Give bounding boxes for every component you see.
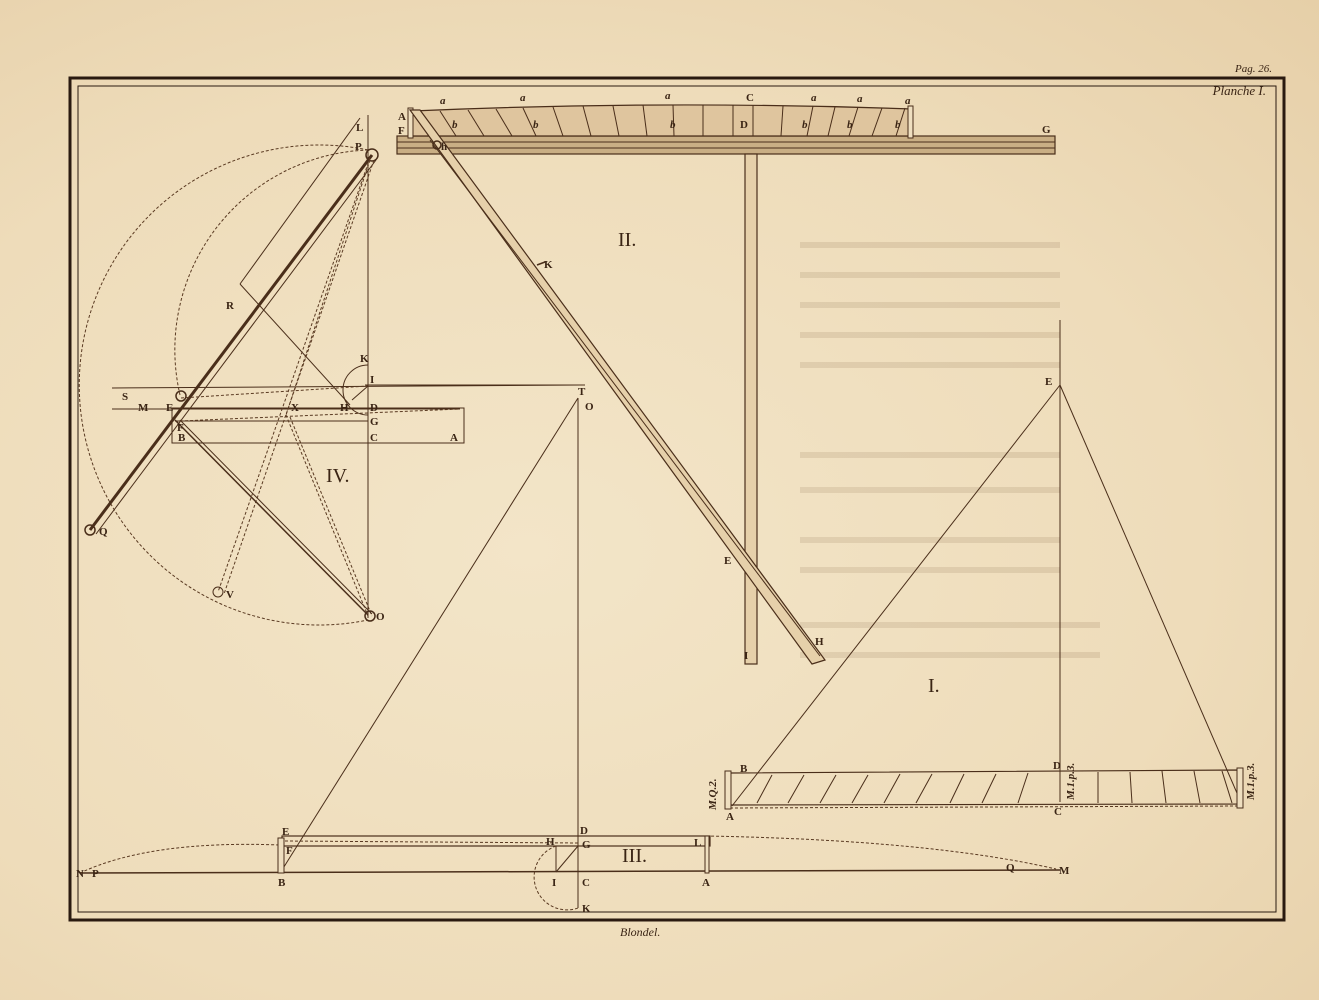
- fig2-label-a: a: [811, 92, 817, 104]
- fig3-label-G: G: [582, 839, 591, 851]
- fig1-note-left: M.Q.2.: [707, 779, 719, 811]
- engraved-plate: Pag. 26. Planche I. Blondel.: [0, 0, 1319, 1000]
- fig4-label-C: C: [370, 432, 378, 444]
- fig1-note-right: M.1.p.3.: [1245, 763, 1257, 801]
- fig2-label-a: a: [905, 95, 911, 107]
- fig4-label-V: V: [226, 589, 234, 601]
- figure-iv: L P R K I S M E H D X G F B C A Q V O IV…: [79, 115, 580, 625]
- fig3-label-C: C: [582, 877, 590, 889]
- plate-drawing: Pag. 26. Planche I. Blondel.: [0, 0, 1319, 1000]
- fig2-label-b: b: [452, 119, 458, 131]
- fig3-title: III.: [622, 845, 647, 867]
- fig3-label-B: B: [278, 877, 286, 889]
- fig1-note-mid: M.1.p.3.: [1065, 763, 1077, 801]
- fig4-title: IV.: [326, 465, 350, 487]
- fig2-label-a: a: [665, 90, 671, 102]
- fig4-label-D: D: [370, 402, 378, 414]
- fig2-label-b: b: [533, 119, 539, 131]
- fig2-label-a: a: [440, 95, 446, 107]
- page-reference: Pag. 26.: [1234, 63, 1272, 75]
- engraver-signature: Blondel.: [620, 925, 660, 939]
- fig2-label-a: a: [857, 93, 863, 105]
- fig4-label-K: K: [360, 353, 369, 365]
- fig4-label-I: I: [370, 374, 374, 386]
- plate-title: Planche I.: [1212, 83, 1266, 98]
- figure-iii: T O E F B H G D I C K L A N P Q M III.: [76, 385, 1070, 915]
- fig3-label-H: H: [546, 836, 555, 848]
- fig3-label-I: I: [552, 877, 556, 889]
- fig3-label-L: L: [694, 837, 701, 849]
- fig4-label-L: L: [356, 122, 363, 134]
- fig4-label-S: S: [122, 391, 128, 403]
- fig2-label-h: h: [441, 141, 447, 153]
- fig4-label-B: B: [178, 432, 186, 444]
- fig1-label-B: B: [740, 763, 748, 775]
- fig3-label-A: A: [702, 877, 710, 889]
- fig2-label-K: K: [544, 259, 553, 271]
- fig4-label-X: X: [291, 402, 299, 414]
- fig1-label-E: E: [1045, 376, 1052, 388]
- fig4-label-A: A: [450, 432, 458, 444]
- fig2-label-b: b: [670, 119, 676, 131]
- fig2-label-b: b: [895, 119, 901, 131]
- fig2-title: II.: [618, 229, 636, 251]
- fig1-label-A: A: [726, 811, 734, 823]
- fig3-label-N: N: [76, 868, 84, 880]
- fig3-label-Q: Q: [1006, 862, 1015, 874]
- fig2-label-G: G: [1042, 124, 1051, 136]
- fig4-label-E: E: [166, 402, 173, 414]
- fig2-label-C: C: [746, 92, 754, 104]
- bleed-through-text: [800, 245, 1100, 655]
- fig3-label-P: P: [92, 868, 99, 880]
- fig2-label-H: H: [815, 636, 824, 648]
- fig1-title: I.: [928, 675, 940, 697]
- fig3-label-E: E: [282, 826, 289, 838]
- fig4-label-P: P: [355, 141, 362, 153]
- fig4-label-R: R: [226, 300, 235, 312]
- fig4-label-H: H: [340, 402, 349, 414]
- fig2-label-I: I: [744, 650, 748, 662]
- figure-ii: A F h C D G K E I H a a a a a a b b b b …: [397, 90, 1055, 664]
- fig4-label-G: G: [370, 416, 379, 428]
- fig3-label-D: D: [580, 825, 588, 837]
- fig2-label-E: E: [724, 555, 731, 567]
- fig1-label-D: D: [1053, 760, 1061, 772]
- plate-outer-border: [70, 78, 1284, 920]
- fig4-label-Q: Q: [99, 526, 108, 538]
- fig2-label-b: b: [802, 119, 808, 131]
- fig2-label-A: A: [398, 111, 406, 123]
- fig3-label-K: K: [582, 903, 591, 915]
- fig2-label-F: F: [398, 125, 405, 137]
- fig3-label-F: F: [286, 845, 293, 857]
- fig2-label-b: b: [847, 119, 853, 131]
- fig2-label-D: D: [740, 119, 748, 131]
- fig4-label-O: O: [376, 611, 385, 623]
- fig2-label-a: a: [520, 92, 526, 104]
- fig3-label-O: O: [585, 401, 594, 413]
- fig3-label-M: M: [1059, 865, 1070, 877]
- fig3-label-T: T: [578, 386, 586, 398]
- fig1-label-C: C: [1054, 806, 1062, 818]
- fig4-label-M: M: [138, 402, 149, 414]
